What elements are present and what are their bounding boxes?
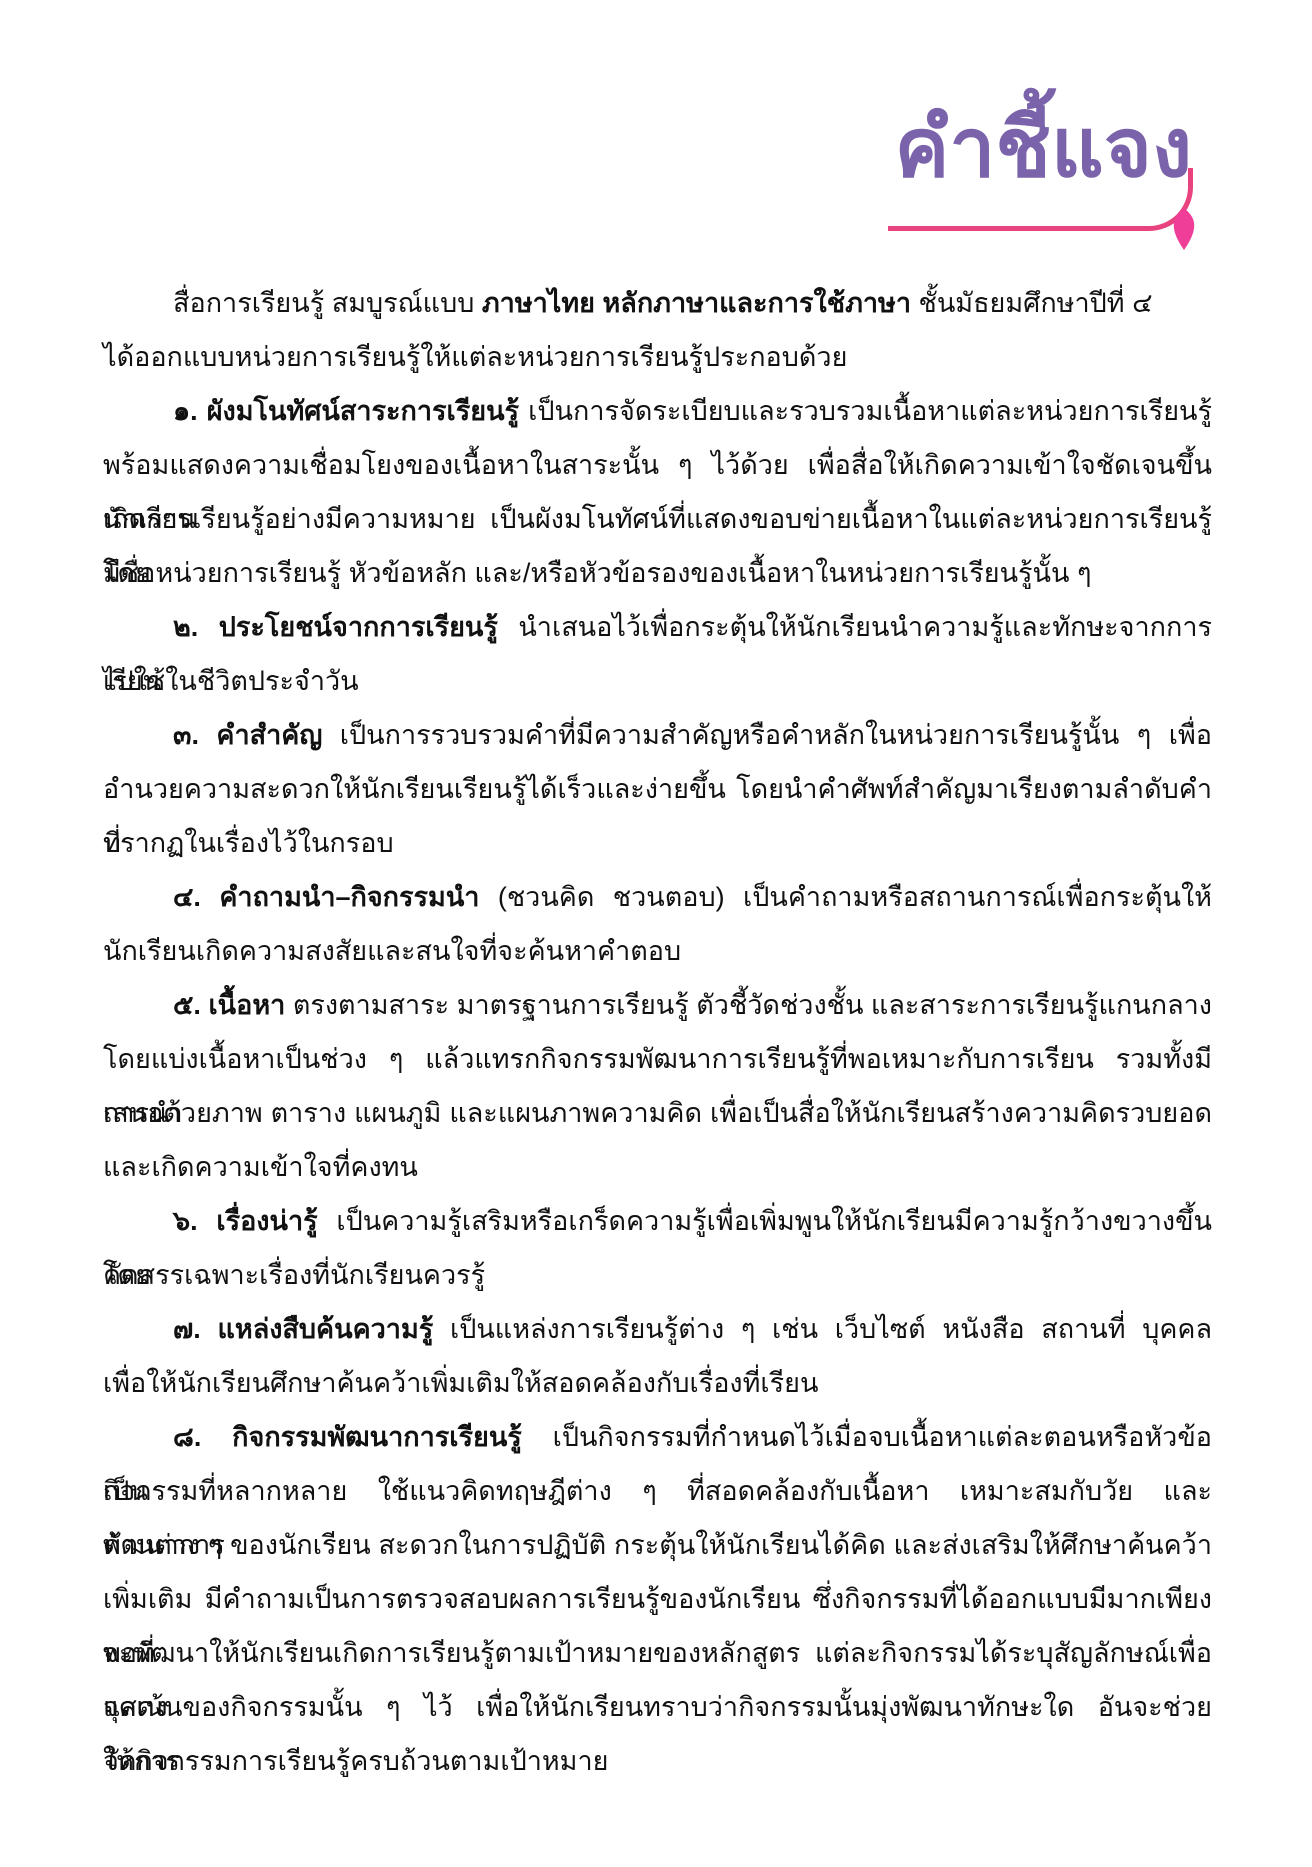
text-line: ๕. เนื้อหา ตรงตามสาระ มาตรฐานการเรียนรู้… [103, 978, 1212, 1032]
text-line: นักเรียนเกิดความสงสัยและสนใจที่จะค้นหาคำ… [103, 924, 1212, 978]
text-segment: นักเรียนเกิดความสงสัยและสนใจที่จะค้นหาคำ… [103, 936, 681, 966]
text-segment: คัดสรรเฉพาะเรื่องที่นักเรียนควรรู้ [103, 1260, 485, 1290]
text-line: ปรากฏในเรื่องไว้ในกรอบ [103, 816, 1212, 870]
text-segment: ด้านต่าง ๆ ของนักเรียน สะดวกในการปฏิบัติ… [103, 1530, 1212, 1560]
petal-ornament-icon [1168, 208, 1200, 250]
text-line: ๘. กิจกรรมพัฒนาการเรียนรู้ เป็นกิจกรรมที… [103, 1410, 1212, 1464]
text-segment: เป็นการรวบรวมคำที่มีความสำคัญหรือคำหลักใ… [322, 720, 1212, 750]
text-line: คัดสรรเฉพาะเรื่องที่นักเรียนควรรู้ [103, 1248, 1212, 1302]
text-segment: มีชื่อหน่วยการเรียนรู้ หัวข้อหลัก และ/หร… [103, 558, 1091, 588]
text-line: ๓. คำสำคัญ เป็นการรวบรวมคำที่มีความสำคัญ… [103, 708, 1212, 762]
text-line: ๖. เรื่องน่ารู้ เป็นความรู้เสริมหรือเกร็… [103, 1194, 1212, 1248]
text-line: มีชื่อหน่วยการเรียนรู้ หัวข้อหลัก และ/หร… [103, 546, 1212, 600]
bold-text-segment: ๕. เนื้อหา [173, 990, 285, 1020]
text-line: โดยแบ่งเนื้อหาเป็นช่วง ๆ แล้วแทรกกิจกรรม… [103, 1032, 1212, 1086]
text-line: ไปใช้ในชีวิตประจำวัน [103, 654, 1212, 708]
text-line: พร้อมแสดงความเชื่อมโยงของเนื้อหาในสาระนั… [103, 438, 1212, 492]
bold-text-segment: ๖. เรื่องน่ารู้ [173, 1206, 318, 1236]
bold-text-segment: ภาษาไทย หลักภาษาและการใช้ภาษา [482, 288, 911, 318]
text-segment: (ชวนคิด ชวนตอบ) เป็นคำถามหรือสถานการณ์เพ… [479, 882, 1212, 912]
bold-text-segment: ๑. ผังมโนทัศน์สาระการเรียนรู้ [173, 396, 519, 426]
document-body: สื่อการเรียนรู้ สมบูรณ์แบบ ภาษาไทย หลักภ… [103, 276, 1212, 1788]
text-line: เพิ่มเติม มีคำถามเป็นการตรวจสอบผลการเรีย… [103, 1572, 1212, 1626]
bold-text-segment: ๓. คำสำคัญ [173, 720, 322, 750]
bold-text-segment: ๘. กิจกรรมพัฒนาการเรียนรู้ [173, 1422, 522, 1452]
text-line: ด้านต่าง ๆ ของนักเรียน สะดวกในการปฏิบัติ… [103, 1518, 1212, 1572]
text-line: ๒. ประโยชน์จากการเรียนรู้ นำเสนอไว้เพื่อ… [103, 600, 1212, 654]
text-line: เกิดการเรียนรู้อย่างมีความหมาย เป็นผังมโ… [103, 492, 1212, 546]
text-segment: สื่อการเรียนรู้ สมบูรณ์แบบ [173, 288, 482, 318]
text-line: ๔. คำถามนำ–กิจกรรมนำ (ชวนคิด ชวนตอบ) เป็… [103, 870, 1212, 924]
text-segment: ได้ออกแบบหน่วยการเรียนรู้ให้แต่ละหน่วยกา… [103, 342, 847, 372]
text-segment: ปรากฏในเรื่องไว้ในกรอบ [103, 828, 394, 858]
text-segment: จัดกิจกรรมการเรียนรู้ครบถ้วนตามเป้าหมาย [103, 1746, 608, 1776]
text-line: จุดเน้นของกิจกรรมนั้น ๆ ไว้ เพื่อให้นักเ… [103, 1680, 1212, 1734]
text-segment: ตรงตามสาระ มาตรฐานการเรียนรู้ ตัวชี้วัดช… [285, 990, 1212, 1020]
text-line: และเกิดความเข้าใจที่คงทน [103, 1140, 1212, 1194]
text-line: กิจกรรมที่หลากหลาย ใช้แนวคิดทฤษฎีต่าง ๆ … [103, 1464, 1212, 1518]
bold-text-segment: ๒. ประโยชน์จากการเรียนรู้ [173, 612, 498, 642]
text-segment: ไปใช้ในชีวิตประจำวัน [103, 666, 359, 696]
text-segment: เพื่อให้นักเรียนศึกษาค้นคว้าเพิ่มเติมให้… [103, 1368, 818, 1398]
text-segment: เป็นการจัดระเบียบและรวบรวมเนื้อหาแต่ละหน… [519, 396, 1212, 426]
text-line: ๑. ผังมโนทัศน์สาระการเรียนรู้ เป็นการจัด… [103, 384, 1212, 438]
bold-text-segment: ๔. คำถามนำ–กิจกรรมนำ [173, 882, 479, 912]
text-line: เพื่อให้นักเรียนศึกษาค้นคว้าเพิ่มเติมให้… [103, 1356, 1212, 1410]
text-line: สื่อการเรียนรู้ สมบูรณ์แบบ ภาษาไทย หลักภ… [103, 276, 1212, 330]
title-underline-flourish [888, 168, 1193, 231]
text-segment: และเกิดความเข้าใจที่คงทน [103, 1152, 418, 1182]
text-line: จัดกิจกรรมการเรียนรู้ครบถ้วนตามเป้าหมาย [103, 1734, 1212, 1788]
text-line: อำนวยความสะดวกให้นักเรียนเรียนรู้ได้เร็ว… [103, 762, 1212, 816]
text-segment: ชั้นมัธยมศึกษาปีที่ ๔ [911, 288, 1153, 318]
text-line: เสนอด้วยภาพ ตาราง แผนภูมิ และแผนภาพความค… [103, 1086, 1212, 1140]
bold-text-segment: ๗. แหล่งสืบค้นความรู้ [173, 1314, 433, 1344]
text-line: จะพัฒนาให้นักเรียนเกิดการเรียนรู้ตามเป้า… [103, 1626, 1212, 1680]
text-segment: เป็นแหล่งการเรียนรู้ต่าง ๆ เช่น เว็บไซต์… [433, 1314, 1212, 1344]
text-segment: เสนอด้วยภาพ ตาราง แผนภูมิ และแผนภาพความค… [103, 1098, 1212, 1128]
text-line: ๗. แหล่งสืบค้นความรู้ เป็นแหล่งการเรียนร… [103, 1302, 1212, 1356]
text-line: ได้ออกแบบหน่วยการเรียนรู้ให้แต่ละหน่วยกา… [103, 330, 1212, 384]
document-page: คำชี้แจง สื่อการเรียนรู้ สมบูรณ์แบบ ภาษา… [0, 0, 1312, 1867]
